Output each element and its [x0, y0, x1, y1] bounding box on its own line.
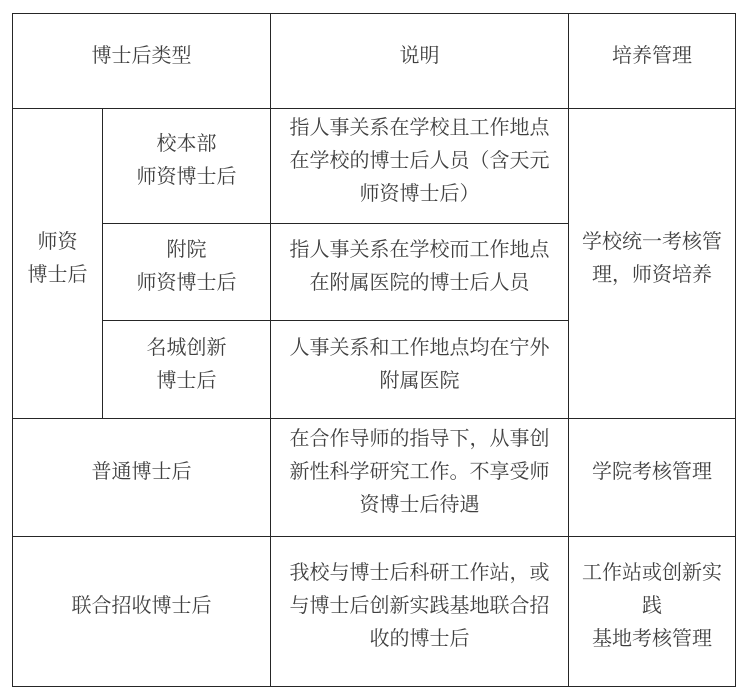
description-cell-regular-postdoc: 在合作导师的指导下，从事创 新性科学研究工作。不享受师 资博士后待遇	[271, 419, 569, 537]
management-cell-shizi: 学校统一考核管 理，师资培养	[569, 109, 736, 419]
type-cell-regular-postdoc: 普通博士后	[13, 419, 271, 537]
header-cell-postdoc-type: 博士后类型	[13, 14, 271, 109]
table-header-row: 博士后类型 说明 培养管理	[13, 14, 736, 109]
subtype-cell-mingcheng-innovation: 名城创新 博士后	[103, 321, 271, 419]
table-row-joint-postdoc: 联合招收博士后 我校与博士后科研工作站，或 与博士后创新实践基地联合招 收的博士…	[13, 537, 736, 687]
description-cell-joint-postdoc: 我校与博士后科研工作站，或 与博士后创新实践基地联合招 收的博士后	[271, 537, 569, 687]
table-row-campus-shizi: 师资 博士后 校本部 师资博士后 指人事关系在学校且工作地点 在学校的博士后人员…	[13, 109, 736, 224]
description-cell-affiliated-shizi: 指人事关系在学校而工作地点 在附属医院的博士后人员	[271, 224, 569, 321]
subtype-cell-campus-shizi: 校本部 师资博士后	[103, 109, 271, 224]
type-cell-joint-postdoc: 联合招收博士后	[13, 537, 271, 687]
subtype-cell-affiliated-shizi: 附院 师资博士后	[103, 224, 271, 321]
header-cell-description: 说明	[271, 14, 569, 109]
header-cell-management: 培养管理	[569, 14, 736, 109]
table-row-regular-postdoc: 普通博士后 在合作导师的指导下，从事创 新性科学研究工作。不享受师 资博士后待遇…	[13, 419, 736, 537]
description-cell-mingcheng-innovation: 人事关系和工作地点均在宁外 附属医院	[271, 321, 569, 419]
management-cell-joint-postdoc: 工作站或创新实践 基地考核管理	[569, 537, 736, 687]
postdoc-types-table: 博士后类型 说明 培养管理 师资 博士后 校本部 师资博士后 指人事关系在学校且…	[12, 13, 736, 687]
description-cell-campus-shizi: 指人事关系在学校且工作地点 在学校的博士后人员（含天元 师资博士后）	[271, 109, 569, 224]
management-cell-regular-postdoc: 学院考核管理	[569, 419, 736, 537]
group-cell-shizi-postdoc: 师资 博士后	[13, 109, 103, 419]
